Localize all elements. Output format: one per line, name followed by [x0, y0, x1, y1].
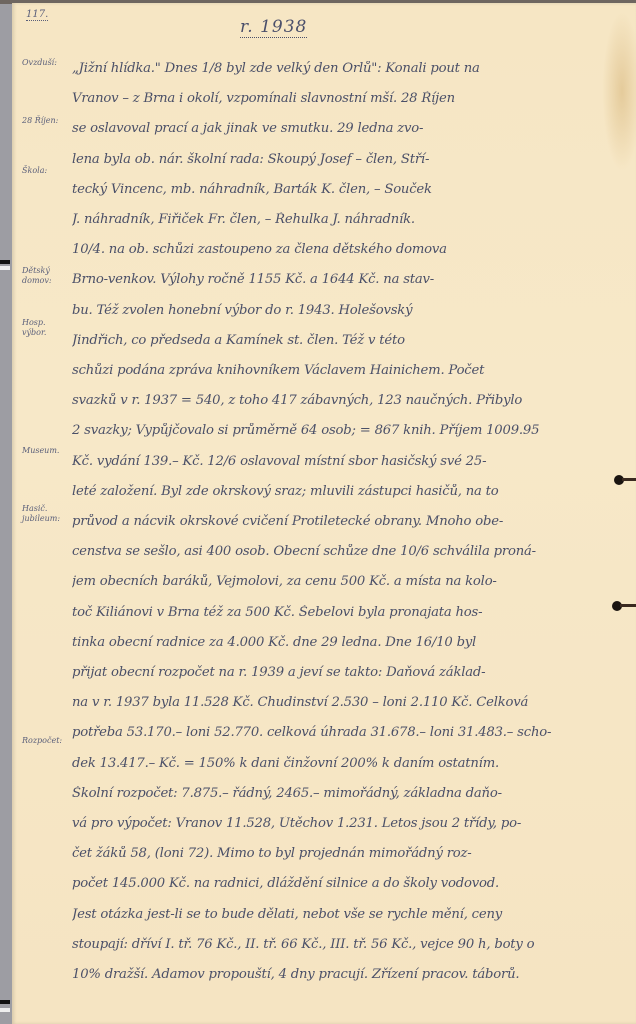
- text-line: censtva se sešlo, asi 400 osob. Obecní s…: [72, 544, 632, 559]
- text-line: svazků v r. 1937 = 540, z toho 417 zábav…: [72, 393, 632, 408]
- text-line: bu. Též zvolen honební výbor do r. 1943.…: [72, 303, 632, 318]
- text-line: vá pro výpočet: Vranov 11.528, Útěchov 1…: [72, 816, 632, 831]
- text-line: přijat obecní rozpočet na r. 1939 a jeví…: [72, 665, 632, 680]
- margin-note: Ovzduší:: [22, 58, 70, 68]
- text-line: Brno-venkov. Výlohy ročně 1155 Kč. a 164…: [72, 272, 632, 287]
- margin-note: 28 Říjen:: [22, 116, 70, 126]
- margin-note: Rozpočet:: [22, 736, 70, 746]
- scan-background-edge: [0, 0, 12, 1024]
- chronicle-page: 117. r. 1938 Ovzduší:28 Říjen:Škola:Děts…: [12, 3, 636, 1024]
- text-line: lena byla ob. nár. školní rada: Skoupý J…: [72, 152, 632, 167]
- text-line: potřeba 53.170.– loni 52.770. celková úh…: [72, 725, 632, 740]
- text-line: se oslavoval prací a jak jinak ve smutku…: [72, 121, 632, 136]
- text-line: stoupají: dříví I. tř. 76 Kč., II. tř. 6…: [72, 937, 632, 952]
- text-line: toč Kiliánovi v Brna též za 500 Kč. Šebe…: [72, 605, 632, 620]
- text-line: na v r. 1937 byla 11.528 Kč. Chudinství …: [72, 695, 632, 710]
- text-line: tinka obecní radnice za 4.000 Kč. dne 29…: [72, 635, 632, 650]
- year-heading: r. 1938: [240, 17, 307, 38]
- text-line: jem obecních baráků, Vejmolovi, za cenu …: [72, 574, 632, 589]
- text-line: čet žáků 58, (loni 72). Mimo to byl proj…: [72, 846, 632, 861]
- margin-note: Škola:: [22, 166, 70, 176]
- clip-mark: [0, 1008, 10, 1012]
- clip-mark: [0, 266, 10, 270]
- text-line: 2 svazky; Vypůjčovalo si průměrně 64 oso…: [72, 423, 632, 438]
- text-line: Školní rozpočet: 7.875.– řádný, 2465.– m…: [72, 786, 632, 801]
- text-line: 10/4. na ob. schůzi zastoupeno za člena …: [72, 242, 632, 257]
- text-line: dek 13.417.– Kč. = 150% k dani činžovní …: [72, 756, 632, 771]
- text-line: leté založení. Byl zde okrskový sraz; ml…: [72, 484, 632, 499]
- text-line: „Jižní hlídka." Dnes 1/8 byl zde velký d…: [72, 61, 632, 76]
- margin-note: Dětský domov:: [22, 266, 70, 286]
- margin-note: Hosp. výbor.: [22, 318, 70, 338]
- page-number: 117.: [26, 9, 48, 21]
- text-line: Jest otázka jest-li se to bude dělati, n…: [72, 907, 632, 922]
- text-line: J. náhradník, Fiřiček Fr. člen, – Řehulk…: [72, 212, 632, 227]
- text-line: Kč. vydání 139.– Kč. 12/6 oslavoval míst…: [72, 454, 632, 469]
- margin-note: Hasič. jubileum:: [22, 504, 70, 524]
- text-line: počet 145.000 Kč. na radnici, dláždění s…: [72, 876, 632, 891]
- text-line: Vranov – z Brna i okolí, vzpomínali slav…: [72, 91, 632, 106]
- text-line: schůzi podána zpráva knihovníkem Václave…: [72, 363, 632, 378]
- clip-mark: [0, 260, 10, 264]
- text-line: tecký Vincenc, mb. náhradník, Barták K. …: [72, 182, 632, 197]
- text-line: 10% dražší. Adamov propouští, 4 dny prac…: [72, 967, 632, 982]
- margin-note: Museum.: [22, 446, 70, 456]
- text-line: průvod a nácvik okrskové cvičení Protile…: [72, 514, 632, 529]
- text-line: Jindřich, co předseda a Kamínek st. člen…: [72, 333, 632, 348]
- clip-mark: [0, 1000, 10, 1004]
